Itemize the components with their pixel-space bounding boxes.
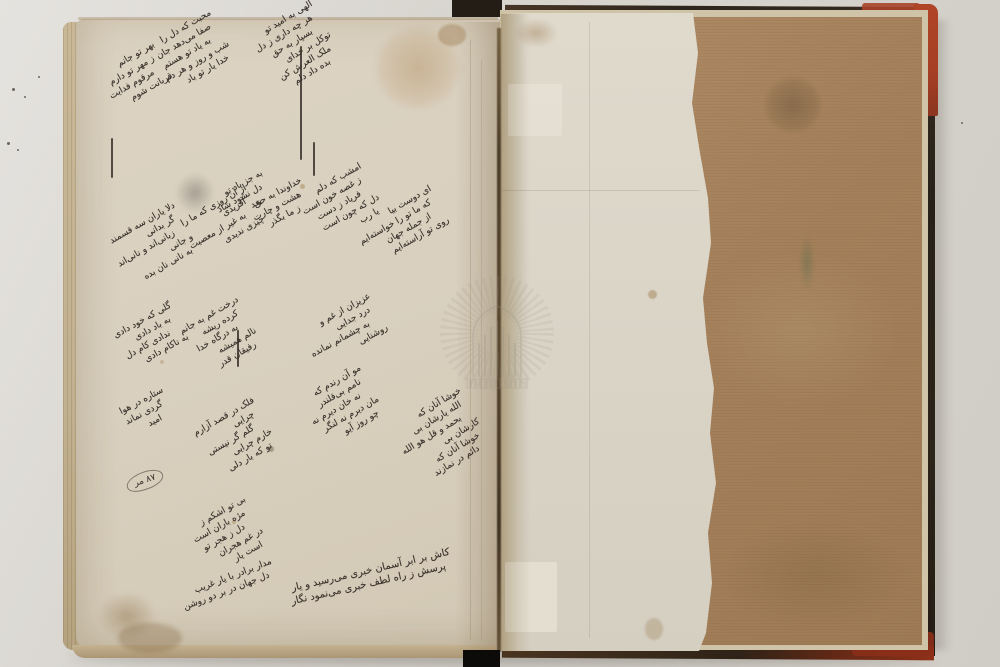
foxing-dot <box>268 446 274 452</box>
library-watermark <box>427 271 567 421</box>
kraft-wrinkle-shadow <box>720 520 910 630</box>
faint-green-stamp-trace <box>797 226 817 298</box>
debris-speck <box>12 88 15 91</box>
faint-round-stamp <box>753 66 833 144</box>
spine-headband <box>452 0 502 17</box>
debris-speck <box>24 96 26 98</box>
foxing-dot <box>160 360 164 364</box>
debris-speck <box>7 142 10 145</box>
flyleaf-horizontal-crease <box>502 190 700 191</box>
debris-speck <box>38 76 40 78</box>
debris-speck <box>961 122 963 124</box>
debris-speck <box>17 149 19 151</box>
flyleaf-stain-blotch <box>645 618 663 640</box>
watermark-bars <box>479 321 515 377</box>
bookmark-strap <box>463 650 500 667</box>
bottom-left-stain2 <box>118 623 182 653</box>
photo-scene: بهر تو جانمز مهر تو دارممرقوم فدایتقربان… <box>0 0 1000 667</box>
flyleaf-vertical-crease <box>589 22 590 638</box>
foxing-dot <box>300 184 305 189</box>
foxing-dot <box>232 520 236 524</box>
flyleaf-stain-dot <box>648 290 657 299</box>
